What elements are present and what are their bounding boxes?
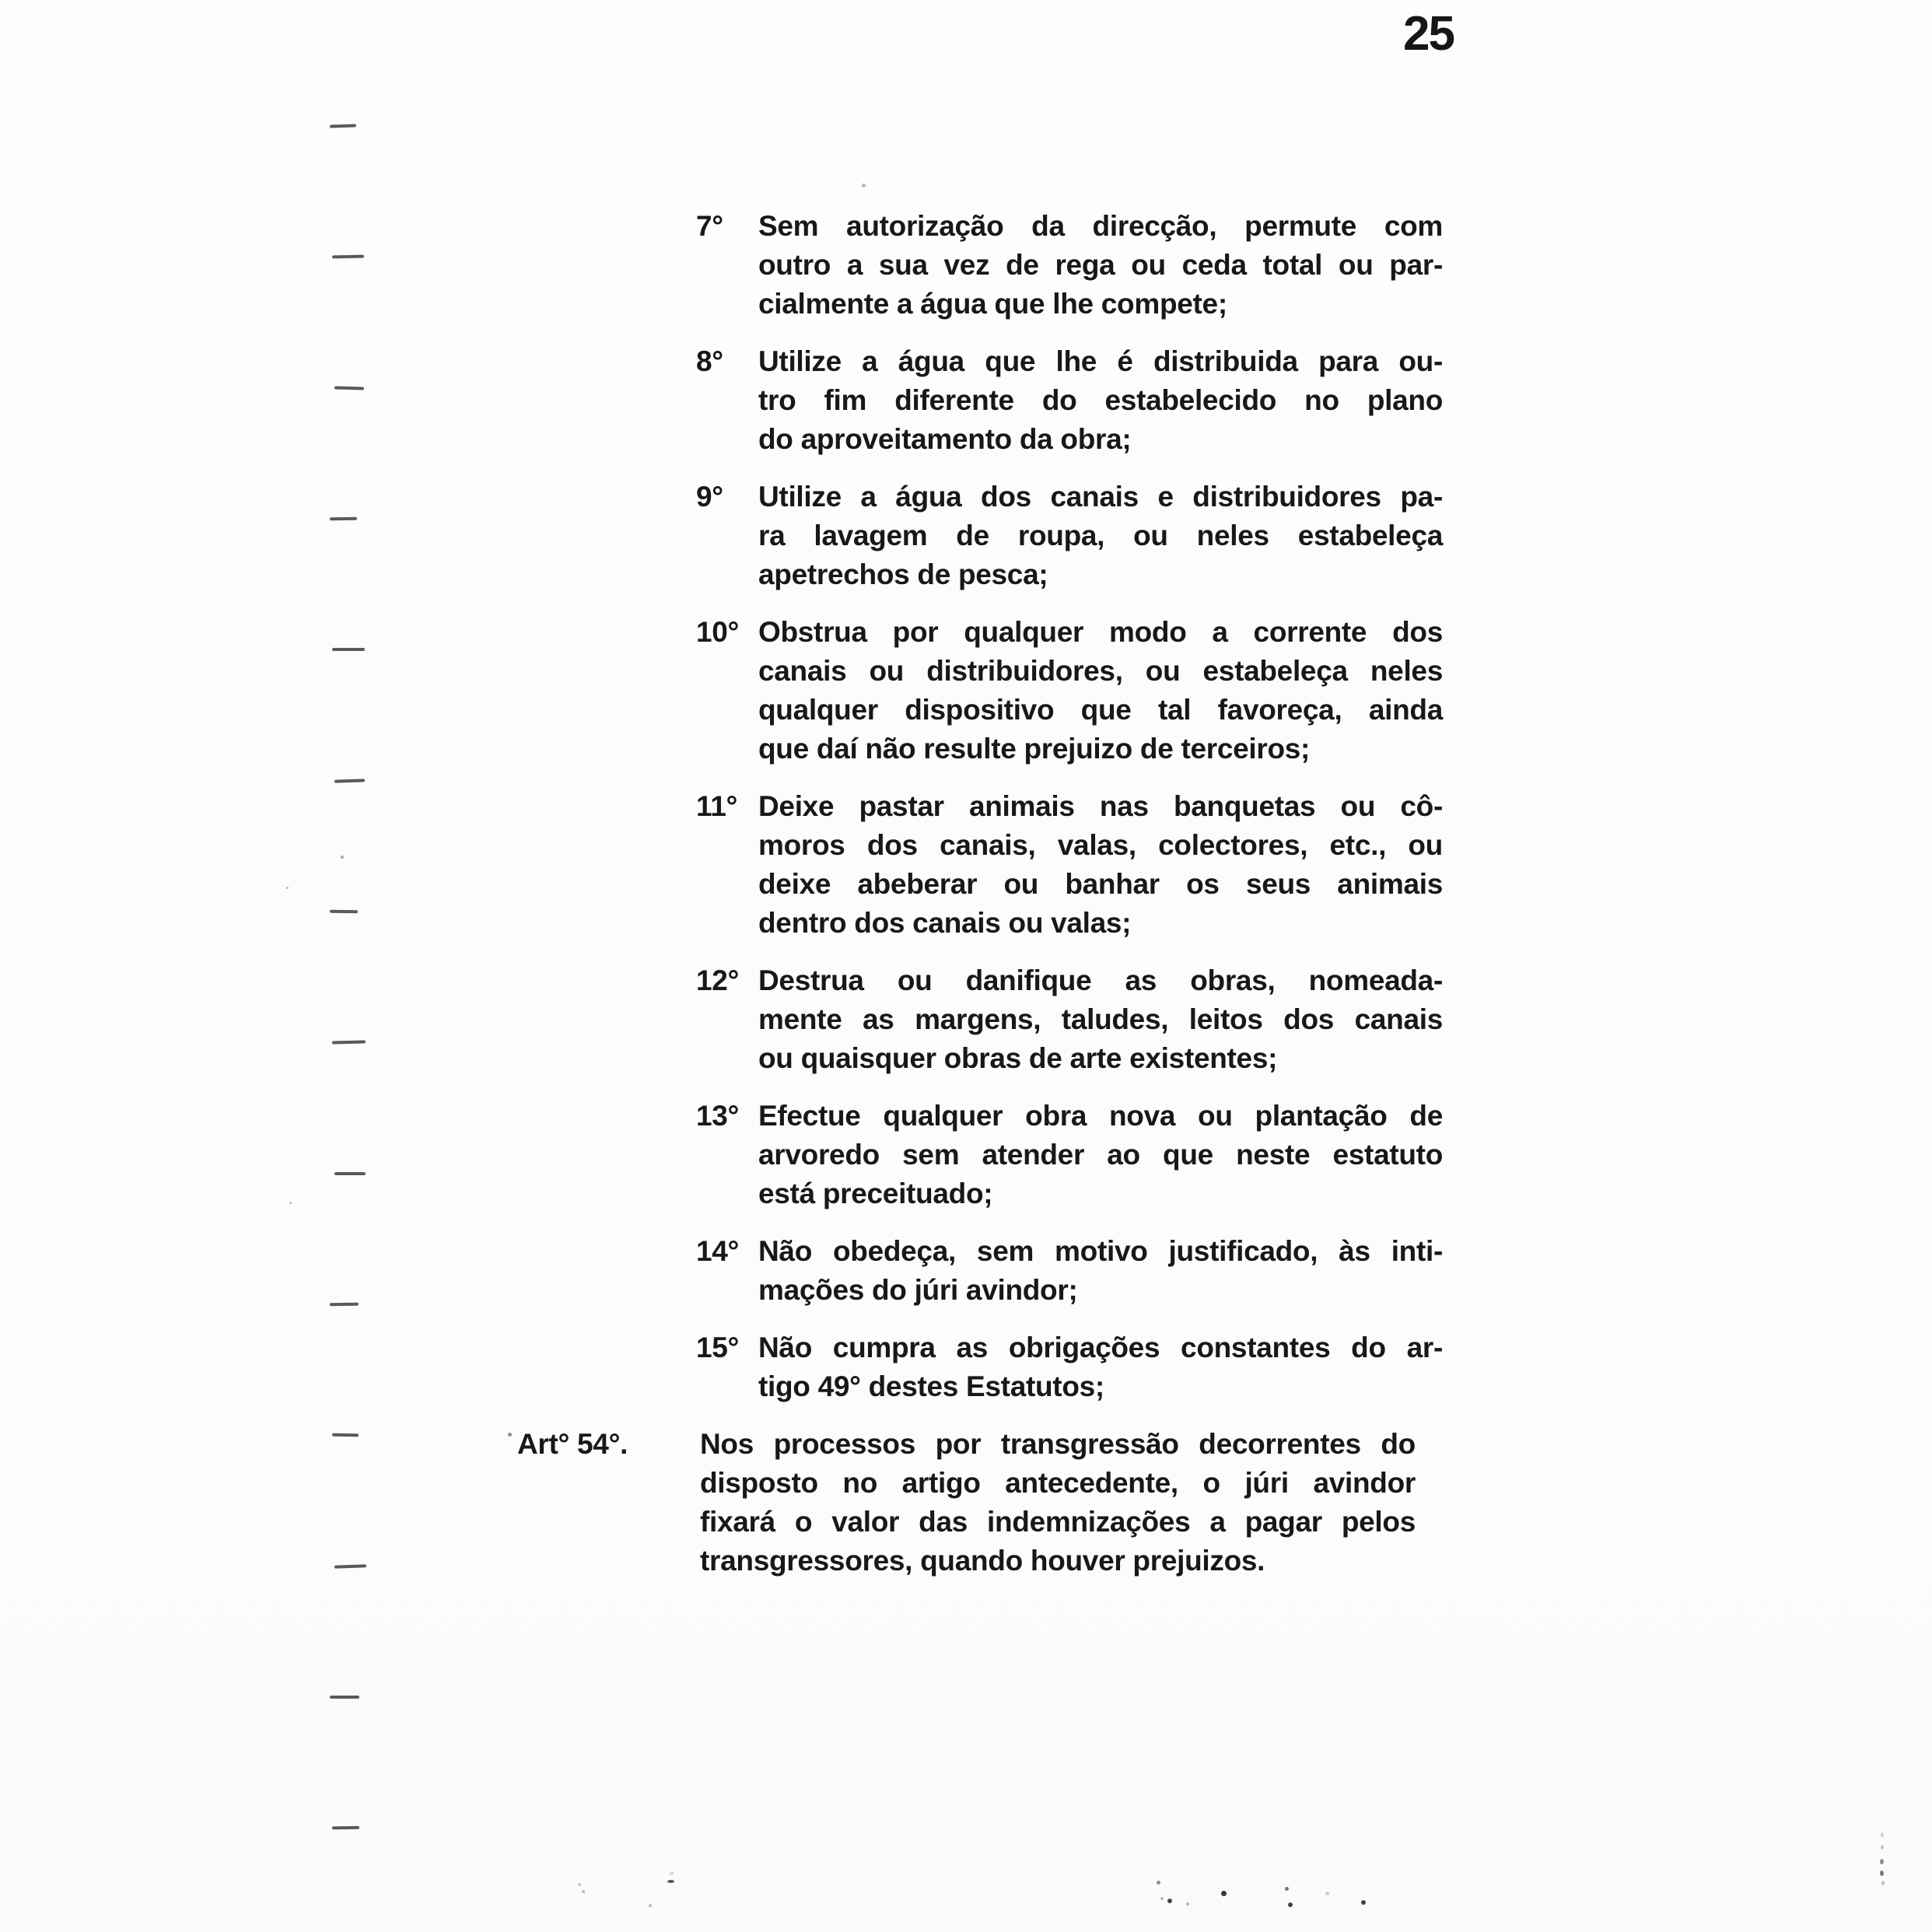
statute-item-line: está preceituado; [758, 1174, 1443, 1213]
statute-item-number: 15° [696, 1328, 758, 1406]
noise-speck [1881, 1881, 1885, 1885]
statute-item: 8°Utilize a água que lhe é distribuida p… [696, 342, 1443, 459]
statute-item-line: cialmente a água que lhe compete; [758, 285, 1443, 324]
noise-speck [670, 1871, 674, 1875]
margin-dash [334, 1172, 366, 1175]
statute-item-line: Sem autorização da direcção, permute com [758, 207, 1443, 246]
statute-item-line: Utilize a água que lhe é distribuida par… [758, 342, 1443, 381]
article-54-line: Nos processos por transgressão decorrent… [700, 1425, 1416, 1464]
statute-item: 11°Deixe pastar animais nas banquetas ou… [696, 787, 1443, 943]
margin-dash [332, 648, 365, 651]
margin-dash [332, 255, 364, 259]
statute-item-line: qualquer dispositivo que tal favoreça, a… [758, 691, 1443, 730]
statute-item-text: Sem autorização da direcção, permute com… [758, 207, 1443, 324]
statute-item-number: 12° [696, 961, 758, 1078]
margin-dash [334, 779, 365, 782]
statute-text-block: 7°Sem autorização da direcção, permute c… [517, 207, 1443, 1580]
noise-speck [1186, 1902, 1189, 1906]
statute-item-text: Destrua ou danifique as obras, nomeada-m… [758, 961, 1443, 1078]
noise-speck [1361, 1900, 1366, 1905]
margin-dash [332, 1826, 359, 1830]
statute-item-line: que daí não resulte prejuizo de terceiro… [758, 730, 1443, 768]
statute-item-text: Deixe pastar animais nas banquetas ou cô… [758, 787, 1443, 943]
margin-dash [334, 1564, 366, 1568]
scanned-document-page: 25 7°Sem autorização da direcção, permut… [0, 0, 1932, 1932]
statute-item: 15°Não cumpra as obrigações constantes d… [696, 1328, 1443, 1406]
margin-dash [334, 387, 364, 390]
noise-speck [1880, 1871, 1884, 1876]
statute-item-number: 8° [696, 342, 758, 459]
page-number: 25 [1403, 6, 1454, 61]
statute-item-line: moros dos canais, valas, colectores, etc… [758, 826, 1443, 865]
margin-dash [330, 517, 357, 521]
statute-item-number: 9° [696, 478, 758, 594]
noise-speck [1881, 1832, 1884, 1837]
noise-speck [341, 856, 344, 859]
margin-dash [330, 1303, 359, 1307]
statute-item-line: Deixe pastar animais nas banquetas ou cô… [758, 787, 1443, 826]
statute-item-line: Não obedeça, sem motivo justificado, às … [758, 1232, 1443, 1271]
margin-dash [330, 1696, 359, 1699]
statute-item-line: mações do júri avindor; [758, 1271, 1443, 1310]
noise-speck [289, 1202, 292, 1204]
statute-item-line: tigo 49° destes Estatutos; [758, 1367, 1443, 1406]
statute-item: 7°Sem autorização da direcção, permute c… [696, 207, 1443, 324]
noise-speck [667, 1880, 674, 1883]
statute-item-line: apetrechos de pesca; [758, 555, 1443, 594]
statute-item-line: do aproveitamento da obra; [758, 420, 1443, 459]
noise-speck [1881, 1845, 1884, 1850]
statute-item-line: Obstrua por qualquer modo a corrente dos [758, 613, 1443, 652]
noise-speck [862, 184, 866, 187]
statute-item-number: 7° [696, 207, 758, 324]
statute-item-line: deixe abeberar ou banhar os seus animais [758, 865, 1443, 904]
noise-speck [1157, 1881, 1160, 1885]
noise-speck [508, 1433, 512, 1437]
noise-speck [578, 1883, 581, 1886]
statute-item: 12°Destrua ou danifique as obras, nomead… [696, 961, 1443, 1078]
statute-item: 13°Efectue qualquer obra nova ou plantaç… [696, 1097, 1443, 1213]
noise-speck [1880, 1859, 1884, 1864]
statute-item-line: ra lavagem de roupa, ou neles estabeleça [758, 516, 1443, 555]
statute-item-text: Utilize a água dos canais e distribuidor… [758, 478, 1443, 594]
noise-speck [1325, 1892, 1329, 1895]
article-54-line: fixará o valor das indemnizações a pagar… [700, 1503, 1416, 1542]
statute-item-line: arvoredo sem atender ao que neste estatu… [758, 1136, 1443, 1174]
statute-item-number: 11° [696, 787, 758, 943]
statute-items-list: 7°Sem autorização da direcção, permute c… [517, 207, 1443, 1406]
statute-item-line: Utilize a água dos canais e distribuidor… [758, 478, 1443, 516]
statute-item-line: Destrua ou danifique as obras, nomeada- [758, 961, 1443, 1000]
statute-item-number: 10° [696, 613, 758, 768]
statute-item-text: Não cumpra as obrigações constantes do a… [758, 1328, 1443, 1406]
statute-item: 10°Obstrua por qualquer modo a corrente … [696, 613, 1443, 768]
article-54: Art° 54°. Nos processos por transgressão… [517, 1425, 1443, 1580]
noise-speck [1160, 1897, 1164, 1900]
article-54-label: Art° 54°. [517, 1425, 700, 1580]
noise-speck [1288, 1902, 1293, 1907]
article-54-line: transgressores, quando houver prejuizos. [700, 1542, 1416, 1580]
margin-dash [332, 1433, 359, 1437]
margin-dash [330, 910, 358, 914]
statute-item-line: mente as margens, taludes, leitos dos ca… [758, 1000, 1443, 1039]
statute-item-line: canais ou distribuidores, ou estabeleça … [758, 652, 1443, 691]
statute-item-text: Obstrua por qualquer modo a corrente dos… [758, 613, 1443, 768]
statute-item-text: Utilize a água que lhe é distribuida par… [758, 342, 1443, 459]
noise-speck [582, 1890, 585, 1893]
noise-speck [1285, 1887, 1289, 1891]
statute-item-text: Efectue qualquer obra nova ou plantação … [758, 1097, 1443, 1213]
statute-item: 14°Não obedeça, sem motivo justificado, … [696, 1232, 1443, 1310]
statute-item: 9°Utilize a água dos canais e distribuid… [696, 478, 1443, 594]
statute-item-number: 14° [696, 1232, 758, 1310]
statute-item-line: Não cumpra as obrigações constantes do a… [758, 1328, 1443, 1367]
statute-item-line: outro a sua vez de rega ou ceda total ou… [758, 246, 1443, 285]
statute-item-line: dentro dos canais ou valas; [758, 904, 1443, 943]
article-54-text: Nos processos por transgressão decorrent… [700, 1425, 1416, 1580]
noise-speck [1221, 1891, 1227, 1896]
article-54-line: disposto no artigo antecedente, o júri a… [700, 1464, 1416, 1503]
statute-item-line: Efectue qualquer obra nova ou plantação … [758, 1097, 1443, 1136]
statute-item-line: tro fim diferente do estabelecido no pla… [758, 381, 1443, 420]
statute-item-line: ou quaisquer obras de arte existentes; [758, 1039, 1443, 1078]
noise-speck [1167, 1899, 1172, 1903]
noise-speck [649, 1904, 652, 1907]
margin-dash [332, 1040, 366, 1044]
margin-dash [330, 124, 356, 128]
statute-item-number: 13° [696, 1097, 758, 1213]
statute-item-text: Não obedeça, sem motivo justificado, às … [758, 1232, 1443, 1310]
noise-speck [286, 887, 289, 889]
